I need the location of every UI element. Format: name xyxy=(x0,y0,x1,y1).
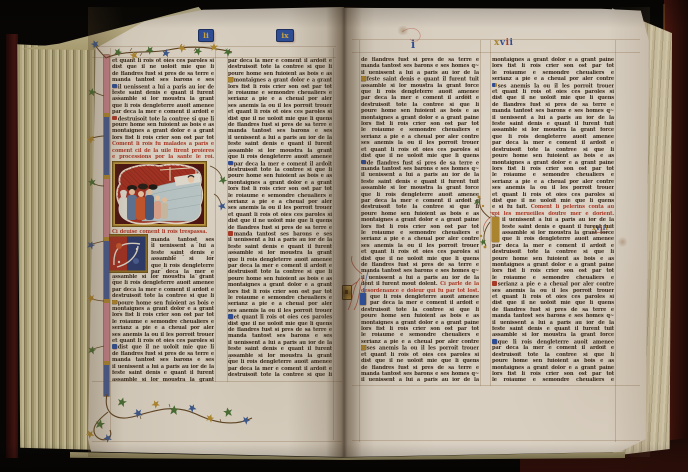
ruling-line xyxy=(352,385,640,386)
script-line: assamble si lor moustra la grant force xyxy=(492,332,614,338)
paraph-mark xyxy=(361,345,366,350)
script-line: il uenissent a lui a paris au ior de la xyxy=(361,377,479,383)
ruling-line xyxy=(352,440,640,441)
initial-i-gold-col4 xyxy=(492,217,499,242)
book-cover-left-edge xyxy=(6,34,18,458)
ivy-border-decoration xyxy=(70,36,290,456)
script-line: ses anemis la ou il les porroit trouer xyxy=(361,345,479,351)
script-line: montaignes a grant dolor e a grant paine xyxy=(492,365,614,371)
script-line: dist que il ne uoloit mie que li quens xyxy=(361,358,479,364)
paraph-mark xyxy=(492,339,497,344)
script-line: poure home sen fuioient as bois e as xyxy=(492,358,614,364)
script-line: de flandres fust si pres de sa terre e xyxy=(361,365,479,371)
parchment-stain xyxy=(396,26,410,35)
pen-flourish-decoration xyxy=(340,20,620,310)
script-line: par deca la mer e coment il ardoit e xyxy=(492,345,614,351)
manuscript-photo: li ix i xvii xviii et quant li rois ot o… xyxy=(0,0,688,472)
parchment-stain xyxy=(618,236,627,248)
parchment-stain xyxy=(462,92,470,100)
initial-i-blue-col3 xyxy=(360,293,366,305)
script-line: le roiaume e semondre cheualiers e xyxy=(361,332,479,338)
page-marker-clasp xyxy=(342,285,352,300)
script-line: le roiaume e semondre cheualiers e xyxy=(492,377,614,383)
script-line: poure home sen fuioient as bois e as xyxy=(361,313,479,319)
script-line: manda tantost ses barons e ses homes q~ xyxy=(492,313,614,319)
